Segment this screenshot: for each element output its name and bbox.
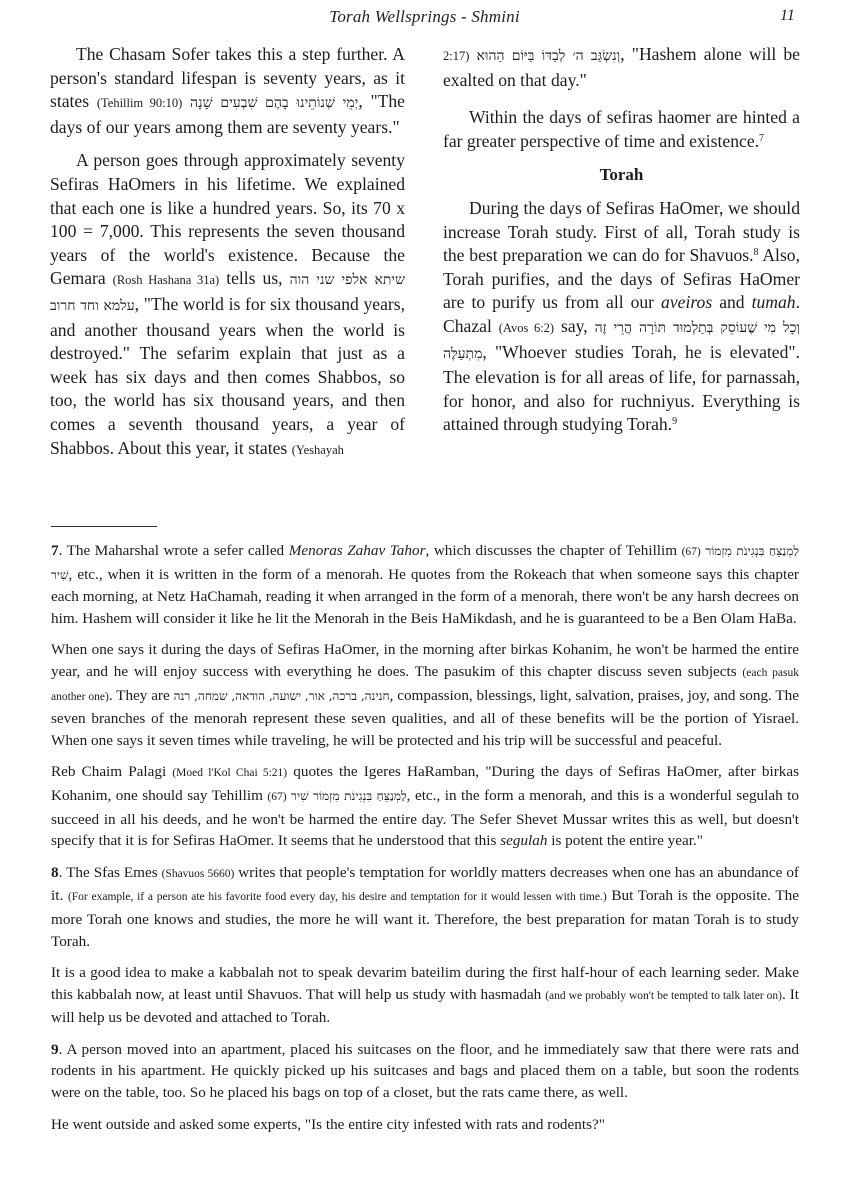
italic-title: Menoras Zahav Tahor [289, 542, 426, 559]
text: . The Sfas Emes [59, 864, 162, 881]
text: , which discusses the chapter of Tehilli… [426, 542, 682, 559]
source-citation: (Shavuos 5660) [162, 868, 235, 880]
text: is potent the entire year." [547, 832, 703, 849]
source-citation: (Rosh Hashana 31a) [113, 273, 220, 287]
source-citation: (Moed l'Kol Chai 5:21) [172, 767, 287, 779]
footnote-9-continued: He went outside and asked some experts, … [51, 1114, 799, 1136]
paragraph-chasam-sofer: The Chasam Sofer takes this a step furth… [50, 43, 405, 139]
footnote-ref-7[interactable]: 7 [759, 133, 764, 144]
right-column: 2:17) וְנִשְׂגַּב ה׳ לְבַדּוֹ בַּיּוֹם ה… [443, 43, 800, 447]
footnote-ref-9[interactable]: 9 [672, 416, 677, 427]
running-title: Torah Wellsprings - Shmini [0, 7, 849, 27]
footnote-7-palagi: Reb Chaim Palagi (Moed l'Kol Chai 5:21) … [51, 761, 799, 851]
text: He went outside and asked some experts, … [51, 1116, 605, 1133]
text: , "Whoever studies Torah, he is elevated… [443, 342, 800, 435]
text: . A person moved into an apartment, plac… [51, 1041, 799, 1101]
italic-term: aveiros [661, 292, 712, 312]
section-heading: Torah [443, 163, 800, 187]
source-citation: (67) [682, 546, 701, 558]
text: say, [554, 316, 594, 336]
paragraph-seventy-sefiras: A person goes through approximately seve… [50, 149, 405, 462]
hebrew-list: חנינה, ברכה, אור, ישועה, הודאה, שמחה, רנ… [174, 689, 390, 703]
footnote-7: 7. The Maharshal wrote a sefer called Me… [51, 540, 799, 629]
source-citation: 2:17) [443, 49, 469, 63]
page-header: Torah Wellsprings - Shmini 11 [0, 5, 849, 35]
text: and [712, 292, 751, 312]
text: When one says it during the days of Sefi… [51, 641, 799, 680]
paragraph-torah-study: During the days of Sefiras HaOmer, we sh… [443, 197, 800, 437]
paragraph-continuation: 2:17) וְנִשְׂגַּב ה׳ לְבַדּוֹ בַּיּוֹם ה… [443, 43, 800, 92]
page-number: 11 [780, 7, 795, 25]
footnote-9: 9. A person moved into an apartment, pla… [51, 1039, 799, 1104]
italic-term: tumah [752, 292, 796, 312]
text: . They are [109, 687, 174, 704]
footnote-separator [51, 526, 157, 527]
hebrew-quote: וְנִשְׂגַּב ה׳ לְבַדּוֹ בַּיּוֹם הַהוּא [477, 48, 621, 64]
text: During the days of Sefiras HaOmer, we sh… [443, 198, 800, 265]
source-citation: (Avos 6:2) [499, 321, 554, 335]
text: . The Maharshal wrote a sefer called [59, 542, 289, 559]
hebrew-quote: לַמְנַצֵּחַ בִּנְגִינֹת מִזְמוֹר שִׁיר [291, 789, 407, 803]
text: , "The world is for six thousand years, … [50, 294, 405, 458]
text: tells us, [219, 268, 289, 288]
source-aside: (For example, if a person ate his favori… [68, 891, 607, 903]
footnote-number: 9 [51, 1041, 59, 1058]
footnotes-section: 7. The Maharshal wrote a sefer called Me… [51, 540, 799, 1145]
paragraph-perspective: Within the days of sefiras haomer are hi… [443, 106, 800, 153]
source-citation: (67) [267, 791, 286, 803]
text: Reb Chaim Palagi [51, 763, 172, 780]
text: Within the days of sefiras haomer are hi… [443, 107, 800, 151]
footnote-number: 8 [51, 864, 59, 881]
text: , etc., when it is written in the form o… [51, 566, 799, 627]
hebrew-quote: יְמֵי שְׁנוֹתֵינוּ בָהֶם שִׁבְעִים שָׁנָ… [190, 95, 358, 111]
footnote-number: 7 [51, 542, 59, 559]
left-column: The Chasam Sofer takes this a step furth… [50, 43, 405, 472]
footnote-7-continued: When one says it during the days of Sefi… [51, 639, 799, 751]
footnote-8-continued: It is a good idea to make a kabbalah not… [51, 962, 799, 1029]
source-citation: (Tehillim 90:10) [97, 96, 182, 110]
italic-term: segulah [500, 832, 547, 849]
source-aside: (and we probably won't be tempted to tal… [545, 990, 782, 1002]
source-citation: (Yeshayah [292, 443, 344, 457]
footnote-8: 8. The Sfas Emes (Shavuos 5660) writes t… [51, 862, 799, 952]
